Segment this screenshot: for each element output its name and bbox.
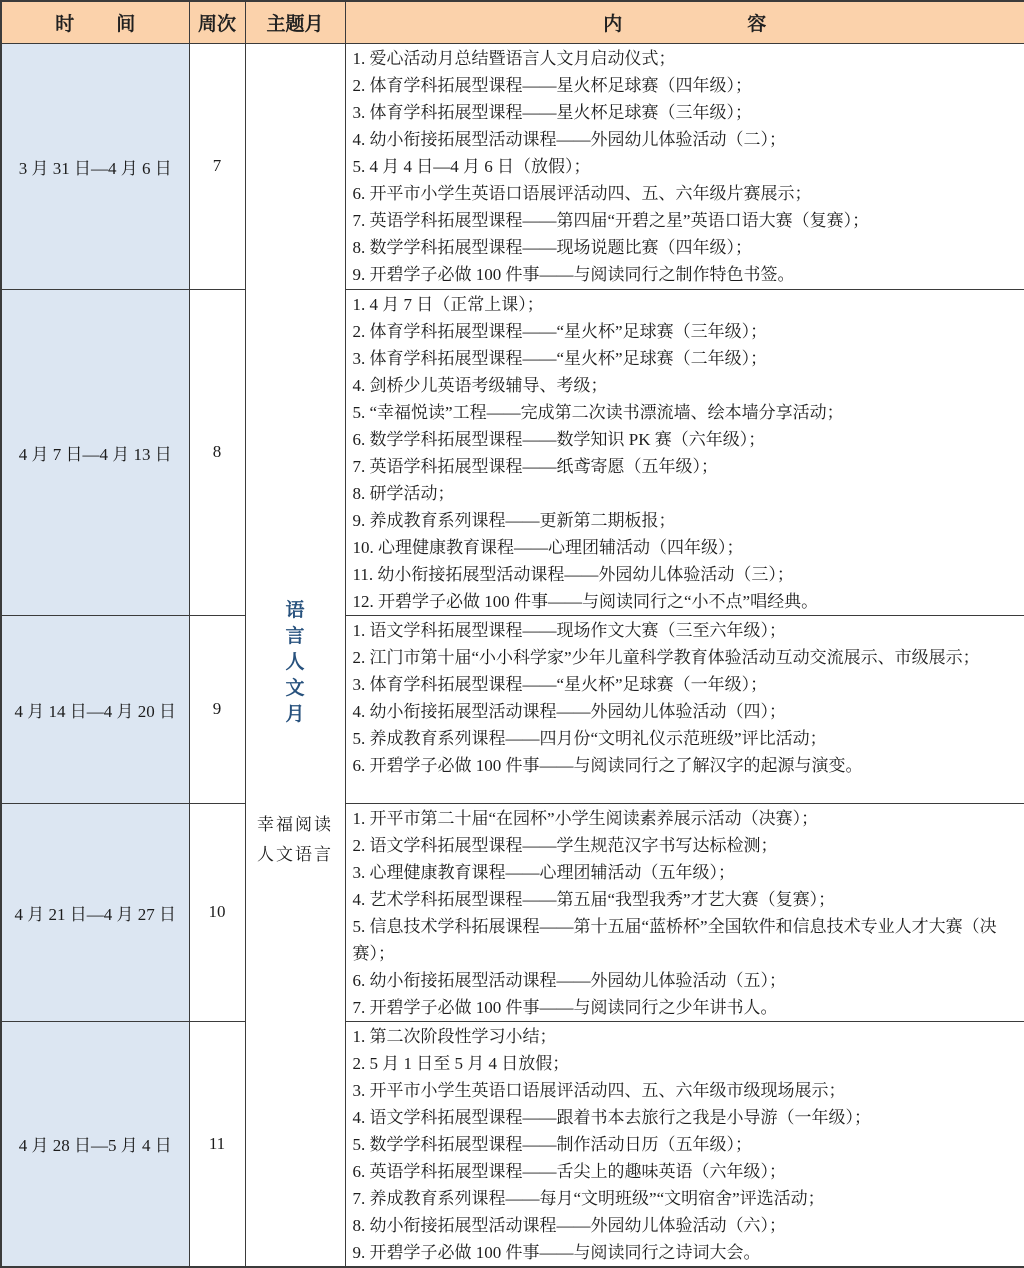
content-item: 11. 幼小衔接拓展型活动课程——外园幼儿体验活动（三）； [353, 561, 1019, 588]
content-item: 5. 4 月 4 日—4 月 6 日（放假）； [353, 153, 1019, 180]
date-cell-week11: 4 月 28 日—5 月 4 日 [1, 1021, 189, 1267]
content-item: 9. 开碧学子必做 100 件事——与阅读同行之制作特色书签。 [353, 261, 1019, 288]
table-row: 3 月 31 日—4 月 6 日 7 语 言 人 文 月 幸福阅读 人文语言 1… [1, 43, 1024, 289]
content-item: 5. 数学学科拓展型课程——制作活动日历（五年级）； [353, 1131, 1019, 1158]
week-cell-11: 11 [189, 1021, 245, 1267]
content-item: 6. 数学学科拓展型课程——数学知识 PK 赛（六年级）； [353, 426, 1019, 453]
content-cell-week7: 1. 爱心活动月总结暨语言人文月启动仪式；2. 体育学科拓展型课程——星火杯足球… [345, 43, 1024, 289]
header-time: 时间 [1, 1, 189, 43]
content-item: 1. 语文学科拓展型课程——现场作文大赛（三至六年级）； [353, 617, 1019, 644]
content-item: 1. 爱心活动月总结暨语言人文月启动仪式； [353, 45, 1019, 72]
content-item: 1. 4 月 7 日（正常上课）； [353, 291, 1019, 318]
theme-month-cell: 语 言 人 文 月 幸福阅读 人文语言 [245, 43, 345, 1267]
content-item: 4. 幼小衔接拓展型活动课程——外园幼儿体验活动（二）； [353, 126, 1019, 153]
content-cell-week10: 1. 开平市第二十届“在园杯”小学生阅读素养展示活动（决赛）；2. 语文学科拓展… [345, 803, 1024, 1021]
theme-sub-line1: 幸福阅读 [246, 810, 345, 840]
content-item: 7. 英语学科拓展型课程——第四届“开碧之星”英语口语大赛（复赛）； [353, 207, 1019, 234]
week-cell-10: 10 [189, 803, 245, 1021]
content-item: 7. 开碧学子必做 100 件事——与阅读同行之少年讲书人。 [353, 994, 1019, 1021]
content-cell-week9: 1. 语文学科拓展型课程——现场作文大赛（三至六年级）；2. 江门市第十届“小小… [345, 615, 1024, 803]
content-item: 1. 开平市第二十届“在园杯”小学生阅读素养展示活动（决赛）； [353, 805, 1019, 832]
content-item: 6. 开平市小学生英语口语展评活动四、五、六年级片赛展示； [353, 180, 1019, 207]
content-item: 3. 心理健康教育课程——心理团辅活动（五年级）； [353, 859, 1019, 886]
content-item: 3. 体育学科拓展型课程——星火杯足球赛（三年级）； [353, 99, 1019, 126]
content-item: 12. 开碧学子必做 100 件事——与阅读同行之“小不点”唱经典。 [353, 588, 1019, 615]
content-item: 8. 幼小衔接拓展型活动课程——外园幼儿体验活动（六）； [353, 1212, 1019, 1239]
weekly-schedule-table: 时间 周次 主题月 内容 3 月 31 日—4 月 6 日 7 语 言 人 文 … [0, 0, 1024, 1268]
content-item: 6. 幼小衔接拓展型活动课程——外园幼儿体验活动（五）； [353, 967, 1019, 994]
header-row: 时间 周次 主题月 内容 [1, 1, 1024, 43]
header-theme-label: 主题月 [266, 14, 323, 35]
theme-sub-line2: 人文语言 [246, 840, 345, 870]
content-item: 8. 研学活动； [353, 480, 1019, 507]
content-item: 5. 信息技术学科拓展课程——第十五届“蓝桥杯”全国软件和信息技术专业人才大赛（… [353, 913, 1019, 967]
content-item: 4. 语文学科拓展型课程——跟着书本去旅行之我是小导游（一年级）； [353, 1104, 1019, 1131]
table-row: 4 月 14 日—4 月 20 日 9 1. 语文学科拓展型课程——现场作文大赛… [1, 615, 1024, 803]
content-item: 3. 开平市小学生英语口语展评活动四、五、六年级市级现场展示； [353, 1077, 1019, 1104]
content-item: 2. 江门市第十届“小小科学家”少年儿童科学教育体验活动互动交流展示、市级展示； [353, 644, 1019, 671]
theme-char: 文 [246, 676, 345, 702]
content-item: 7. 养成教育系列课程——每月“文明班级”“文明宿舍”评选活动； [353, 1185, 1019, 1212]
date-cell-week9: 4 月 14 日—4 月 20 日 [1, 615, 189, 803]
content-item: 4. 剑桥少儿英语考级辅导、考级； [353, 372, 1019, 399]
table-row: 4 月 28 日—5 月 4 日 11 1. 第二次阶段性学习小结；2. 5 月… [1, 1021, 1024, 1267]
header-content: 内容 [345, 1, 1024, 43]
theme-month-vertical-label: 语 言 人 文 月 [246, 598, 345, 728]
content-item: 7. 英语学科拓展型课程——纸鸢寄愿（五年级）； [353, 453, 1019, 480]
content-item: 10. 心理健康教育课程——心理团辅活动（四年级）； [353, 534, 1019, 561]
content-item: 2. 体育学科拓展型课程——星火杯足球赛（四年级）； [353, 72, 1019, 99]
content-item: 9. 养成教育系列课程——更新第二期板报； [353, 507, 1019, 534]
content-item: 2. 体育学科拓展型课程——“星火杯”足球赛（三年级）； [353, 318, 1019, 345]
header-time-label: 时间 [55, 14, 177, 35]
week-cell-7: 7 [189, 43, 245, 289]
date-cell-week10: 4 月 21 日—4 月 27 日 [1, 803, 189, 1021]
content-item: 3. 体育学科拓展型课程——“星火杯”足球赛（二年级）； [353, 345, 1019, 372]
content-item: 4. 艺术学科拓展型课程——第五届“我型我秀”才艺大赛（复赛）； [353, 886, 1019, 913]
header-content-label: 内容 [603, 14, 891, 35]
content-item: 6. 开碧学子必做 100 件事——与阅读同行之了解汉字的起源与演变。 [353, 752, 1019, 779]
table-row: 4 月 21 日—4 月 27 日 10 1. 开平市第二十届“在园杯”小学生阅… [1, 803, 1024, 1021]
content-item: 2. 5 月 1 日至 5 月 4 日放假； [353, 1050, 1019, 1077]
content-cell-week8: 1. 4 月 7 日（正常上课）；2. 体育学科拓展型课程——“星火杯”足球赛（… [345, 289, 1024, 615]
content-item: 8. 数学学科拓展型课程——现场说题比赛（四年级）； [353, 234, 1019, 261]
content-item: 2. 语文学科拓展型课程——学生规范汉字书写达标检测； [353, 832, 1019, 859]
date-cell-week7: 3 月 31 日—4 月 6 日 [1, 43, 189, 289]
content-item: 3. 体育学科拓展型课程——“星火杯”足球赛（一年级）； [353, 671, 1019, 698]
header-theme: 主题月 [245, 1, 345, 43]
theme-char: 月 [246, 702, 345, 728]
content-item: 6. 英语学科拓展型课程——舌尖上的趣味英语（六年级）； [353, 1158, 1019, 1185]
content-item: 9. 开碧学子必做 100 件事——与阅读同行之诗词大会。 [353, 1239, 1019, 1266]
content-item: 5. “幸福悦读”工程——完成第二次读书漂流墙、绘本墙分享活动； [353, 399, 1019, 426]
content-item: 1. 第二次阶段性学习小结； [353, 1023, 1019, 1050]
theme-month-sub-label: 幸福阅读 人文语言 [246, 810, 345, 870]
content-item: 5. 养成教育系列课程——四月份“文明礼仪示范班级”评比活动； [353, 725, 1019, 752]
theme-char: 人 [246, 650, 345, 676]
header-week: 周次 [189, 1, 245, 43]
week-cell-8: 8 [189, 289, 245, 615]
theme-char: 语 [246, 598, 345, 624]
theme-char: 言 [246, 624, 345, 650]
header-week-label: 周次 [198, 14, 236, 35]
content-item: 4. 幼小衔接拓展型活动课程——外园幼儿体验活动（四）； [353, 698, 1019, 725]
content-cell-week11: 1. 第二次阶段性学习小结；2. 5 月 1 日至 5 月 4 日放假；3. 开… [345, 1021, 1024, 1267]
date-cell-week8: 4 月 7 日—4 月 13 日 [1, 289, 189, 615]
table-row: 4 月 7 日—4 月 13 日 8 1. 4 月 7 日（正常上课）；2. 体… [1, 289, 1024, 615]
week-cell-9: 9 [189, 615, 245, 803]
